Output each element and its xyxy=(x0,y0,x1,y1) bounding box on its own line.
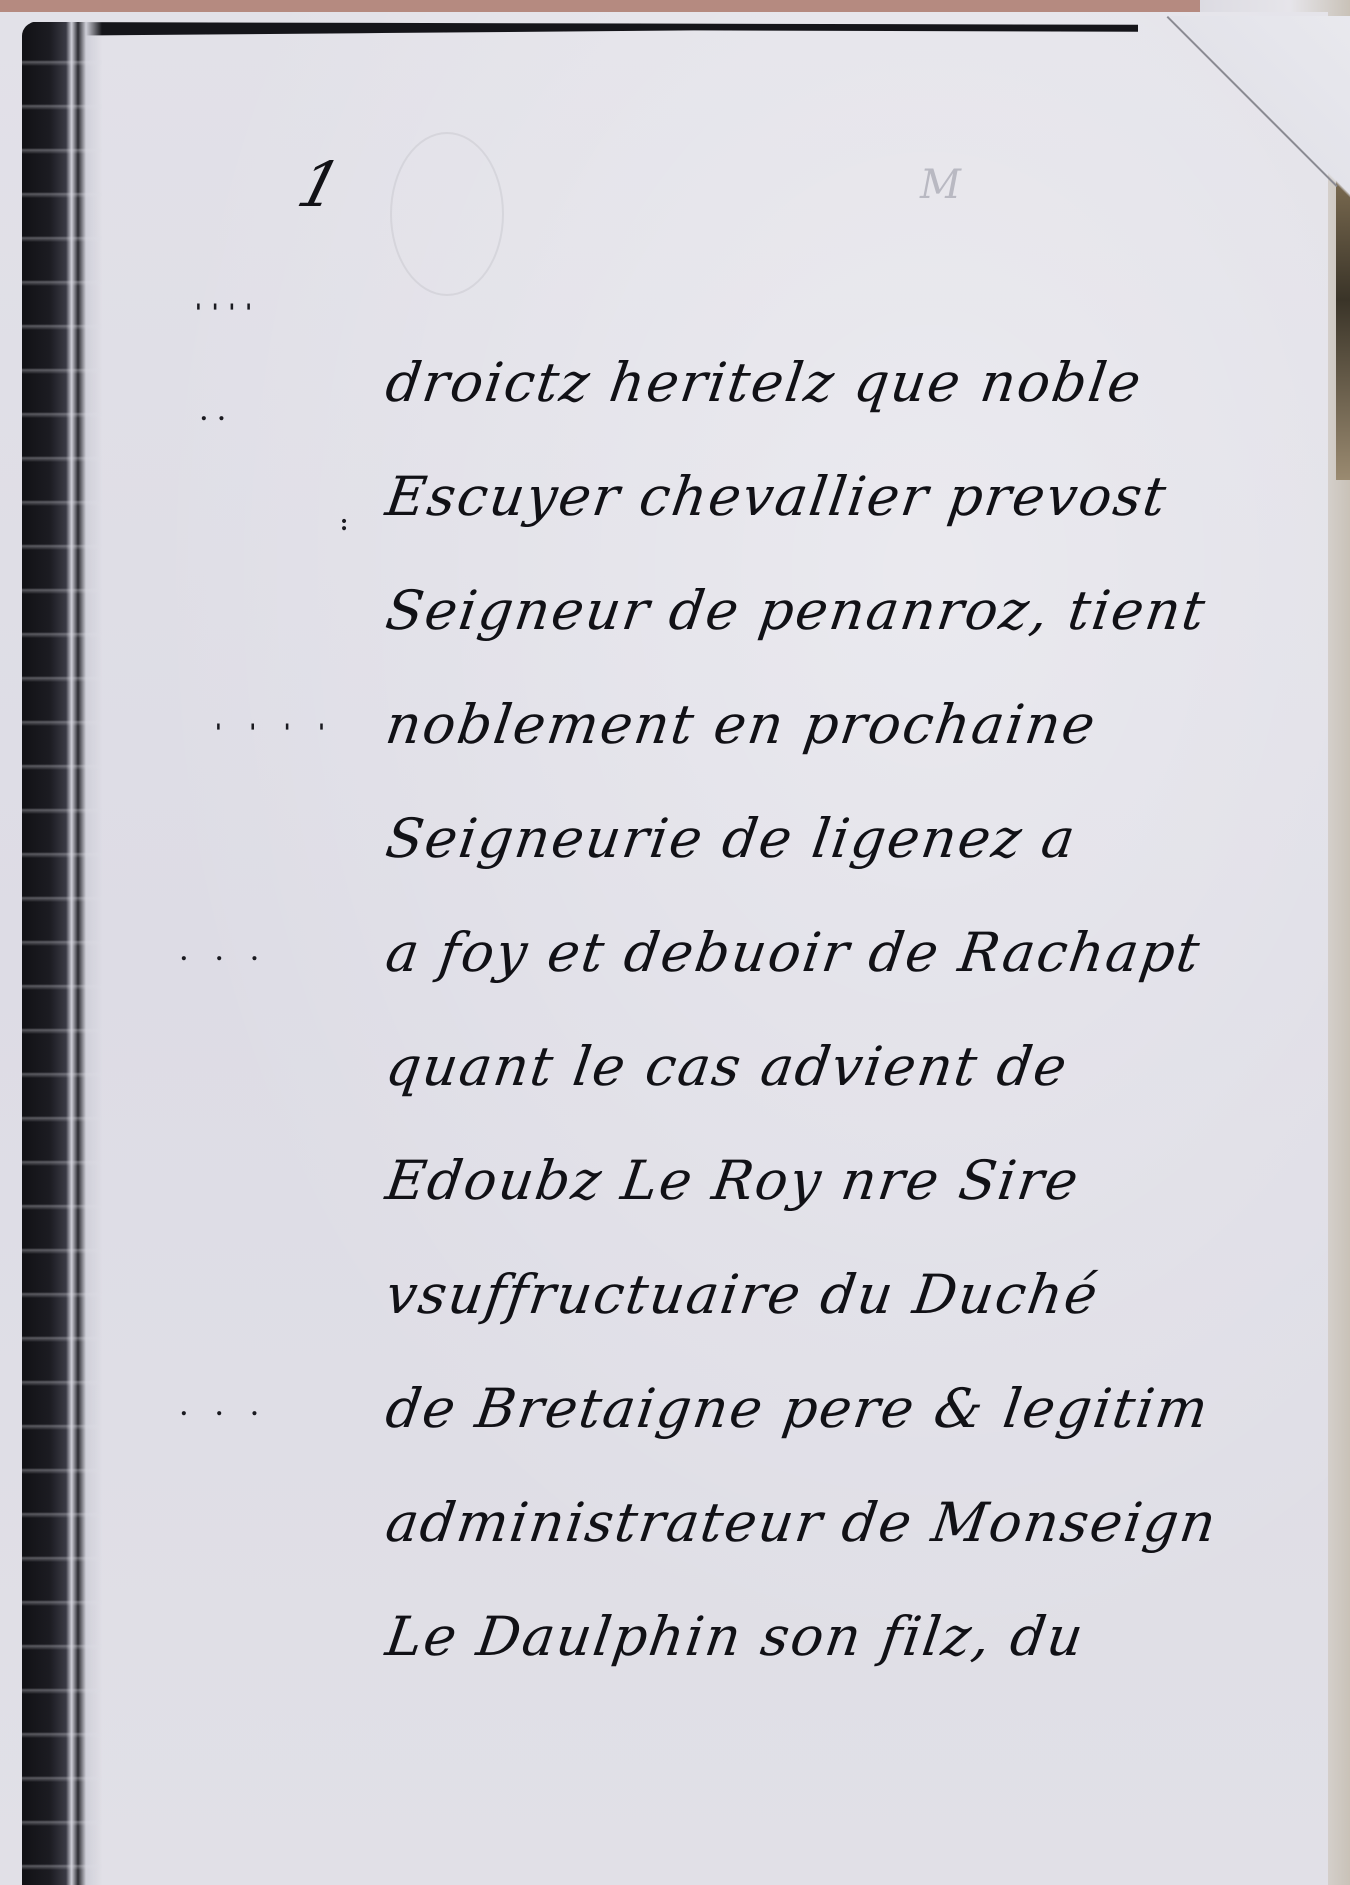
text-line: vsuffructuaire du Duché xyxy=(382,1212,1318,1326)
text-line: Escuyer chevallier prevost xyxy=(382,414,1318,528)
text-line: de Bretaigne pere & legitim xyxy=(382,1326,1318,1440)
faint-seal-impression xyxy=(390,132,504,296)
text-line: Seigneurie de ligenez a xyxy=(382,756,1318,870)
margin-dots: . . . xyxy=(180,1395,268,1421)
text-line: Edoubz Le Roy nre Sire xyxy=(382,1098,1318,1212)
text-line: quant le cas advient de xyxy=(382,984,1318,1098)
text-line: administrateur de Monseign xyxy=(382,1440,1318,1554)
margin-dots: . . . xyxy=(180,940,268,966)
binding-edge xyxy=(1336,180,1350,480)
text-line: noblement en prochaine xyxy=(382,642,1318,756)
margin-dots: ' ' ' ' xyxy=(215,720,335,746)
margin-dots: '''' xyxy=(195,300,262,326)
page-border-left xyxy=(22,22,102,1885)
text-line: Seigneur de penanroz, tient xyxy=(382,528,1318,642)
text-line: a foy et debuoir de Rachapt xyxy=(382,870,1318,984)
handwritten-text-block: droictz heritelz que noble Escuyer cheva… xyxy=(390,300,1310,1668)
margin-dots: .. xyxy=(200,400,235,426)
corner-mark: M xyxy=(920,162,961,208)
margin-dots: : xyxy=(340,510,358,536)
text-line: droictz heritelz que noble xyxy=(382,300,1318,414)
text-line: Le Daulphin son filz, du xyxy=(382,1554,1318,1668)
